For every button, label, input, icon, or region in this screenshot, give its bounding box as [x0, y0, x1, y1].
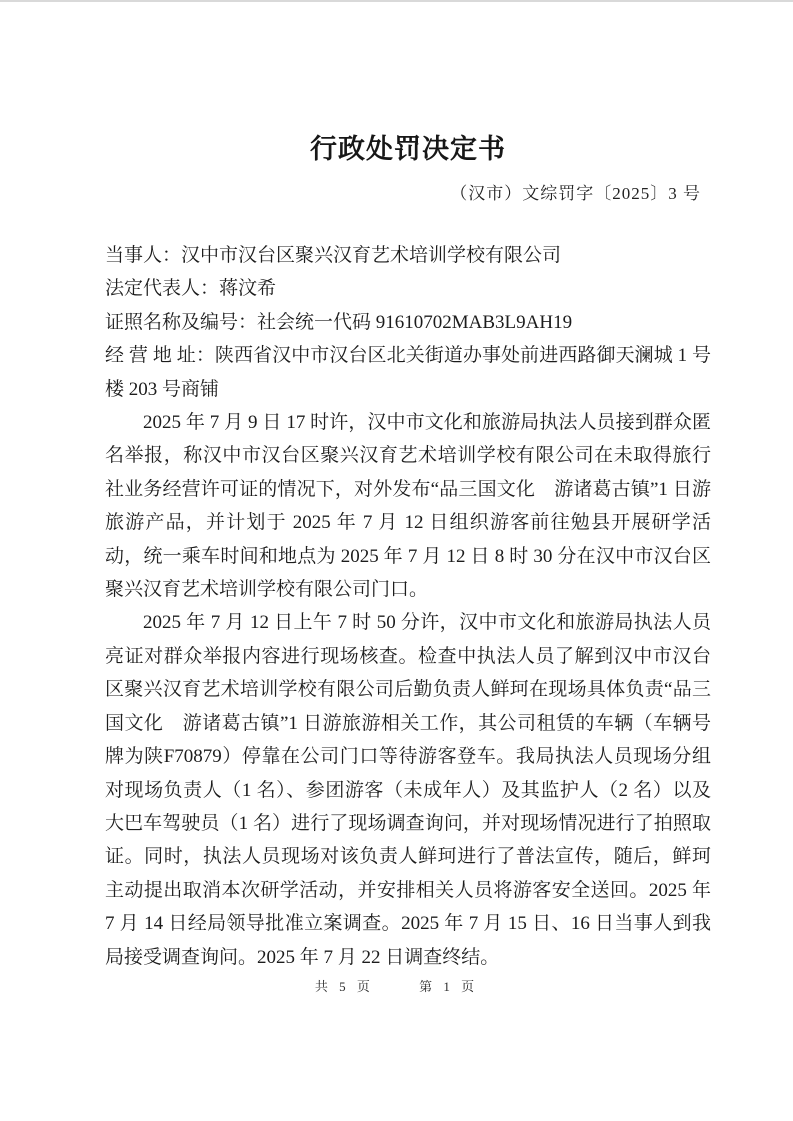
legal-representative-line: 法定代表人：蒋汶希	[105, 272, 711, 305]
document-body: 当事人：汉中市汉台区聚兴汉育艺术培训学校有限公司 法定代表人：蒋汶希 证照名称及…	[105, 239, 711, 974]
document-page: 行政处罚决定书 （汉市）文综罚字〔2025〕3 号 当事人：汉中市汉台区聚兴汉育…	[105, 0, 711, 974]
total-pages-label: 共 5 页	[315, 979, 374, 994]
scanned-document: { "document": { "title": "行政处罚决定书", "doc…	[0, 0, 793, 1121]
investigation-paragraph: 2025 年 7 月 12 日上午 7 时 50 分许，汉中市文化和旅游局执法人…	[105, 606, 711, 973]
document-title: 行政处罚决定书	[105, 131, 711, 167]
party-name-line: 当事人：汉中市汉台区聚兴汉育艺术培训学校有限公司	[105, 239, 711, 272]
business-address-line: 经 营 地 址：陕西省汉中市汉台区北关街道办事处前进西路御天澜城 1 号楼 20…	[105, 339, 711, 406]
document-number: （汉市）文综罚字〔2025〕3 号	[105, 182, 711, 206]
current-page-label: 第 1 页	[419, 979, 478, 994]
license-number-line: 证照名称及编号：社会统一代码 91610702MAB3L9AH19	[105, 306, 711, 339]
page-footer: 共 5 页 第 1 页	[0, 976, 793, 995]
case-report-paragraph: 2025 年 7 月 9 日 17 时许，汉中市文化和旅游局执法人员接到群众匿名…	[105, 406, 711, 606]
